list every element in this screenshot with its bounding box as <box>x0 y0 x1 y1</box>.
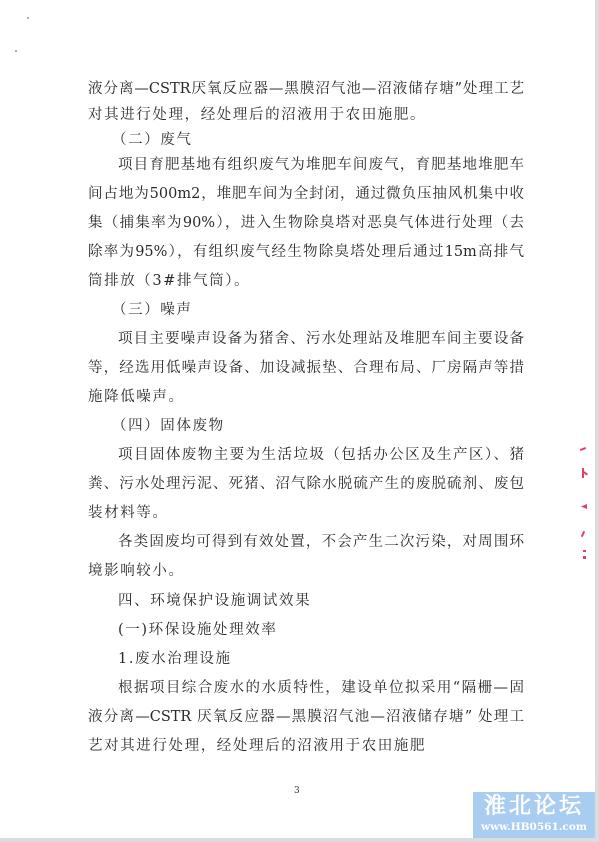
text-line: 项目主要噪声设备为猪舍、污水处理站及堆肥车间主要设备 <box>118 330 524 348</box>
page-number: 3 <box>294 786 300 796</box>
text-line: 施降低噪声。 <box>88 388 524 406</box>
text-line: 间占地为500m2，堆肥车间为全封闭，通过微负压抽风机集中收 <box>88 185 524 203</box>
text-line: 对其进行处理，经处理后的沼液用于农田施肥。 <box>88 106 524 124</box>
text-line: 粪、污水处理污泥、死猪、沼气除水脱硫产生的废脱硫剂、废包 <box>88 475 524 493</box>
section-heading-solid-waste: （四）固体废物 <box>112 417 548 435</box>
forum-watermark: 淮北论坛 www.HB0561.com <box>473 792 595 838</box>
text-line: 项目固体废物主要为生活垃圾（包括办公区及生产区）、猪 <box>118 446 524 464</box>
text-line: 集（捕集率为90%），进入生物除臭塔对恶臭气体进行处理（去 <box>88 214 524 232</box>
page-edge-right <box>595 0 599 842</box>
section-heading-debug-effect: 四、环境保护设施调试效果 <box>118 592 554 610</box>
section-heading-noise: （三）噪声 <box>112 301 548 319</box>
subsection-heading-efficiency: (一)环保设施处理效率 <box>118 621 554 639</box>
text-line: 液分离—CSTR厌氧反应器—黑膜沼气池—沼液储存塘”处理工艺 <box>88 80 524 98</box>
seal-fragment <box>583 556 586 559</box>
seal-fragment <box>581 531 585 537</box>
watermark-title: 淮北论坛 <box>473 792 595 820</box>
text-line: 液分离—CSTR 厌氧反应器—黑膜沼气池—沼液储存塘” 处理工 <box>88 708 524 726</box>
watermark-url: www.HB0561.com <box>473 820 595 834</box>
subsection-heading-wastewater: 1.废水治理设施 <box>118 650 554 668</box>
text-line: 等，经选用低噪声设备、加设减振垫、合理布局、厂房隔声等措 <box>88 359 524 377</box>
text-line: 项目育肥基地有组织废气为堆肥车间废气，育肥基地堆肥车 <box>118 156 524 174</box>
scan-speck <box>27 17 29 19</box>
text-line: 根据项目综合废水的水质特性，建设单位拟采用“隔栅—固 <box>118 679 524 697</box>
seal-fragment <box>583 550 586 552</box>
page-edge-bottom <box>0 838 599 842</box>
text-line: 艺对其进行处理，经处理后的沼液用于农田施肥 <box>88 737 524 755</box>
seal-fragment <box>580 447 586 451</box>
text-line: 境影响较小。 <box>88 562 524 580</box>
seal-fragment <box>581 504 587 509</box>
text-line: 除率为95%），有组织废气经生物除臭塔处理后通过15m高排气 <box>88 243 524 261</box>
text-line: 装材料等。 <box>88 504 524 522</box>
section-heading-waste-gas: （二）废气 <box>112 131 548 149</box>
document-page: 液分离—CSTR厌氧反应器—黑膜沼气池—沼液储存塘”处理工艺 对其进行处理，经处… <box>0 0 595 838</box>
scan-speck <box>15 50 17 52</box>
text-line: 筒排放（3#排气筒）。 <box>88 272 524 290</box>
text-line: 各类固废均可得到有效处置，不会产生二次污染，对周围环 <box>118 533 524 551</box>
